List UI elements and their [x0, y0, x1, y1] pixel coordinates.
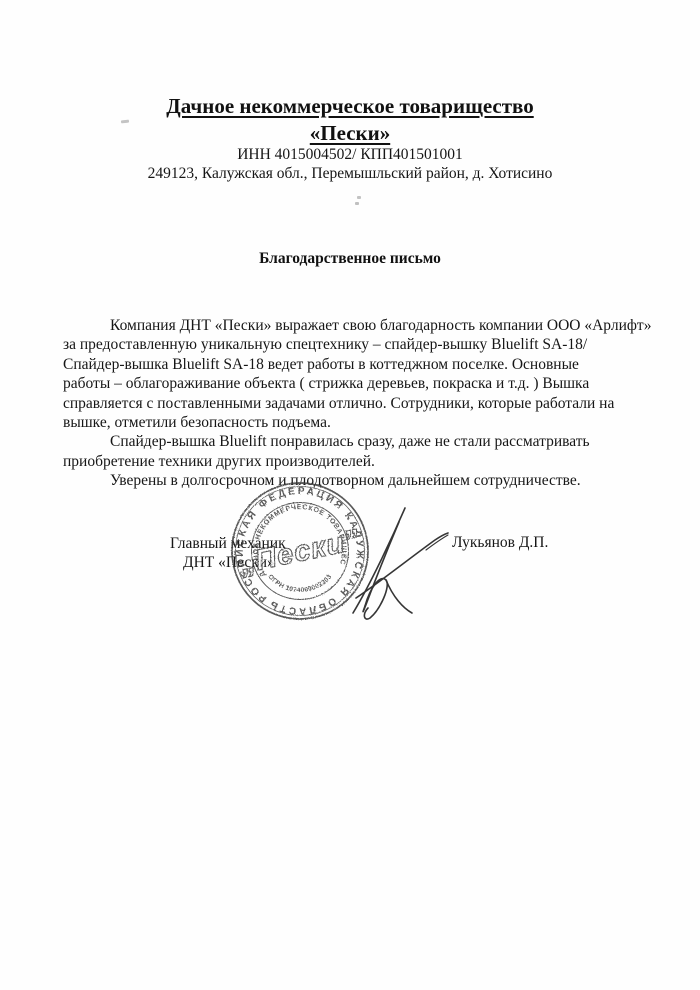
signature-stroke: [353, 508, 405, 613]
body-line: Компания ДНТ «Пески» выражает свою благо…: [63, 316, 648, 335]
body-line: справляется с поставленными задачами отл…: [63, 394, 648, 413]
letter-title: Благодарственное письмо: [0, 250, 700, 268]
body-line: за предоставленную уникальную спецтехник…: [63, 335, 648, 354]
address-line: 249123, Калужская обл., Перемышльский ра…: [0, 165, 700, 183]
signature-stroke: [426, 535, 448, 550]
scanned-letter-page: Дачное некоммерческое товарищество «Песк…: [0, 0, 700, 990]
org-name-line1: Дачное некоммерческое товарищество: [0, 94, 700, 119]
body-line: вышке, отметили безопасность подъема.: [63, 413, 648, 432]
inn-kpp-line: ИНН 4015004502/ КПП401501001: [0, 146, 700, 164]
body-line: работы – облагораживание объекта ( стриж…: [63, 374, 648, 393]
letter-body: Компания ДНТ «Пески» выражает свою благо…: [63, 316, 648, 491]
signature-stroke: [356, 533, 448, 598]
body-line: приобретение техники других производител…: [63, 452, 648, 471]
handwritten-signature: [320, 470, 470, 645]
body-line: Спайдер-вышка Bluelift SA-18 ведет работ…: [63, 355, 648, 374]
signature-stroke: [363, 522, 399, 612]
org-name-line2: «Пески»: [0, 121, 700, 146]
signature-stroke: [386, 580, 412, 613]
scan-artifact: [357, 196, 361, 199]
body-line: Спайдер-вышка Bluelift понравилась сразу…: [63, 432, 648, 451]
